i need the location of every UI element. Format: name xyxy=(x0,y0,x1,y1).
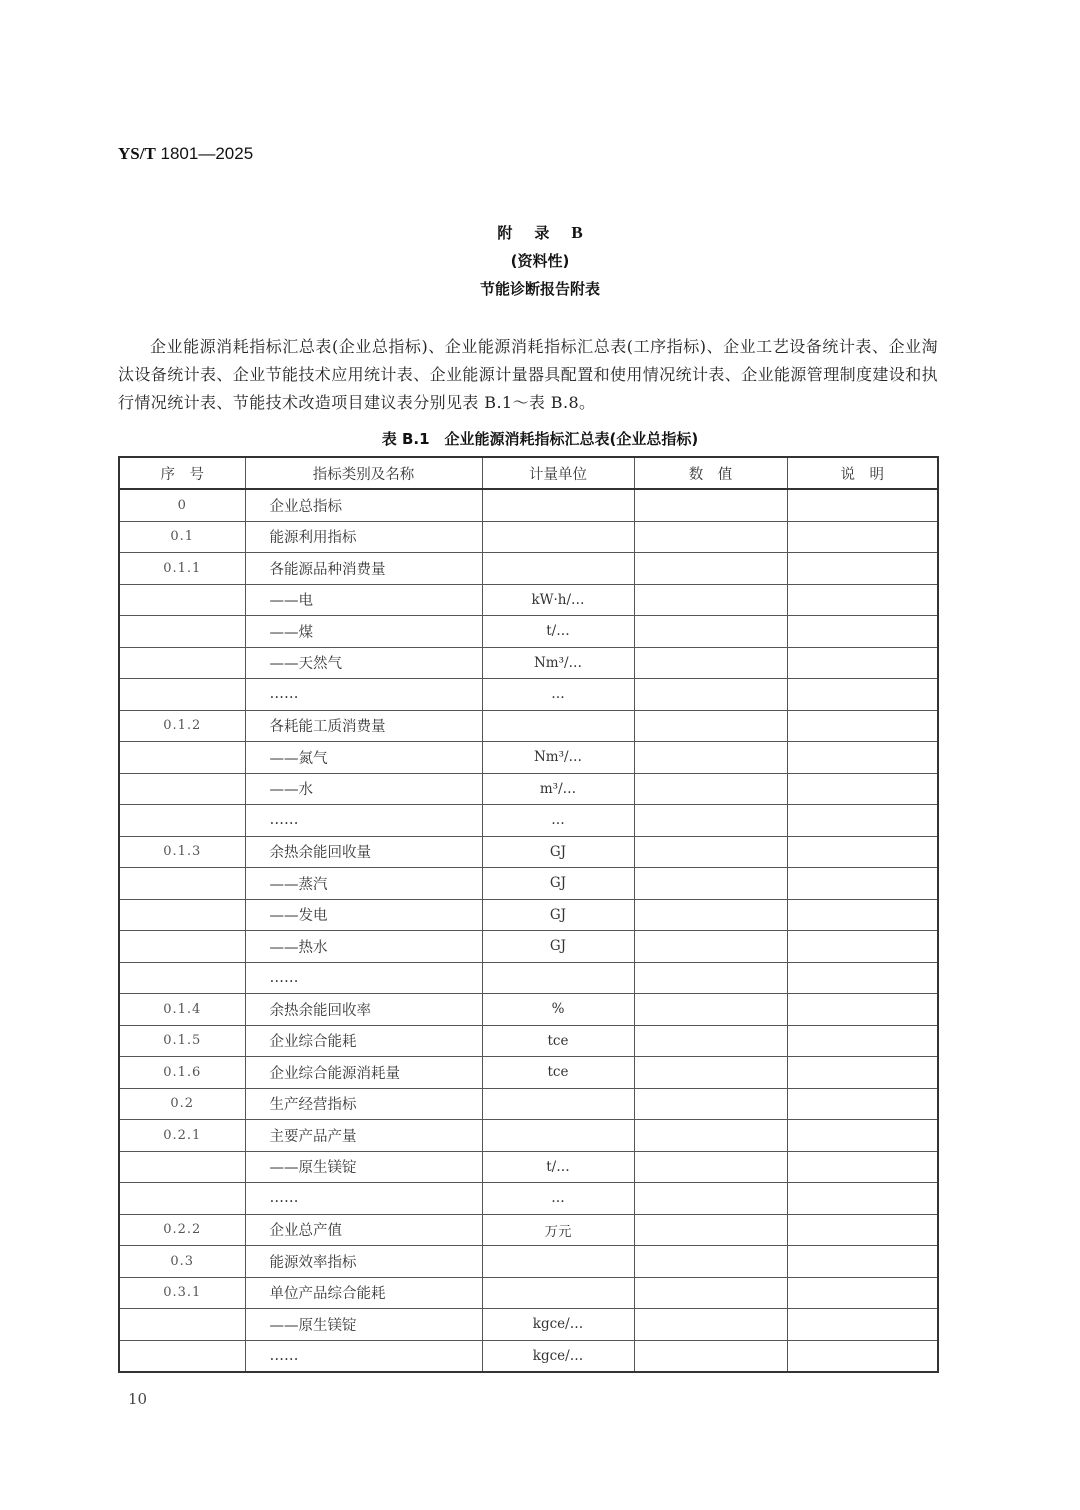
note-cell xyxy=(787,1025,938,1057)
indicator-name-cell: 各耗能工质消费量 xyxy=(245,710,482,742)
table-row: ——煤t/… xyxy=(119,616,938,648)
indicator-name-cell: ——原生镁锭 xyxy=(245,1151,482,1183)
row-number-cell xyxy=(119,584,245,616)
note-cell xyxy=(787,647,938,679)
value-cell xyxy=(634,773,787,805)
value-cell xyxy=(634,616,787,648)
row-number-cell: 0.1.6 xyxy=(119,1057,245,1089)
indicator-name-cell: 企业总产值 xyxy=(245,1214,482,1246)
unit-cell: t/… xyxy=(482,616,634,648)
indicator-name-cell: 企业综合能耗 xyxy=(245,1025,482,1057)
note-cell xyxy=(787,1183,938,1215)
note-cell xyxy=(787,489,938,521)
table-row: 0.2.2企业总产值万元 xyxy=(119,1214,938,1246)
table-row: ——电kW·h/… xyxy=(119,584,938,616)
table-row: ——氮气Nm³/… xyxy=(119,742,938,774)
note-cell xyxy=(787,1088,938,1120)
unit-cell xyxy=(482,1277,634,1309)
value-cell xyxy=(634,553,787,585)
indicator-name-cell: 生产经营指标 xyxy=(245,1088,482,1120)
unit-cell: 万元 xyxy=(482,1214,634,1246)
table-header-row: 序 号 指标类别及名称 计量单位 数 值 说 明 xyxy=(119,457,938,489)
table-row: ……… xyxy=(119,679,938,711)
value-cell xyxy=(634,647,787,679)
row-number-cell xyxy=(119,962,245,994)
value-cell xyxy=(634,962,787,994)
table-row: ——蒸汽GJ xyxy=(119,868,938,900)
row-number-cell: 0.3.1 xyxy=(119,1277,245,1309)
standard-code: YS/T 1801—2025 xyxy=(118,144,253,164)
column-header-note: 说 明 xyxy=(787,457,938,489)
unit-cell: GJ xyxy=(482,868,634,900)
note-cell xyxy=(787,1120,938,1152)
indicator-name-cell: …… xyxy=(245,679,482,711)
value-cell xyxy=(634,1025,787,1057)
table-caption: 表 B.1 企业能源消耗指标汇总表(企业总指标) xyxy=(0,428,1080,449)
annex-label-part: 附 xyxy=(497,224,512,242)
row-number-cell: 0.1.2 xyxy=(119,710,245,742)
table-row: 0.3.1单位产品综合能耗 xyxy=(119,1277,938,1309)
column-header-value: 数 值 xyxy=(634,457,787,489)
unit-cell: tce xyxy=(482,1057,634,1089)
row-number-cell xyxy=(119,742,245,774)
unit-cell: m³/… xyxy=(482,773,634,805)
row-number-cell xyxy=(119,868,245,900)
value-cell xyxy=(634,1120,787,1152)
unit-cell: kW·h/… xyxy=(482,584,634,616)
table-row: 0.2生产经营指标 xyxy=(119,1088,938,1120)
table-row: 0.1.1各能源品种消费量 xyxy=(119,553,938,585)
table-row: 0.1.3余热余能回收量GJ xyxy=(119,836,938,868)
table-row: 0企业总指标 xyxy=(119,489,938,521)
note-cell xyxy=(787,773,938,805)
page-number: 10 xyxy=(128,1390,147,1408)
note-cell xyxy=(787,616,938,648)
table-row: 0.3能源效率指标 xyxy=(119,1246,938,1278)
row-number-cell xyxy=(119,899,245,931)
table-row: ……… xyxy=(119,1183,938,1215)
unit-cell xyxy=(482,1120,634,1152)
table-row: 0.1.6企业综合能源消耗量tce xyxy=(119,1057,938,1089)
note-cell xyxy=(787,994,938,1026)
note-cell xyxy=(787,962,938,994)
indicator-name-cell: 企业综合能源消耗量 xyxy=(245,1057,482,1089)
note-cell xyxy=(787,1151,938,1183)
row-number-cell xyxy=(119,647,245,679)
unit-cell: Nm³/… xyxy=(482,742,634,774)
row-number-cell: 0.2.1 xyxy=(119,1120,245,1152)
unit-cell: GJ xyxy=(482,836,634,868)
unit-cell: kgce/… xyxy=(482,1340,634,1372)
row-number-cell: 0.2.2 xyxy=(119,1214,245,1246)
value-cell xyxy=(634,489,787,521)
table-row: ……… xyxy=(119,805,938,837)
value-cell xyxy=(634,1214,787,1246)
row-number-cell xyxy=(119,616,245,648)
unit-cell: GJ xyxy=(482,931,634,963)
row-number-cell xyxy=(119,931,245,963)
value-cell xyxy=(634,521,787,553)
column-header-name: 指标类别及名称 xyxy=(245,457,482,489)
indicator-name-cell: ——热水 xyxy=(245,931,482,963)
note-cell xyxy=(787,836,938,868)
unit-cell xyxy=(482,521,634,553)
note-cell xyxy=(787,742,938,774)
note-cell xyxy=(787,899,938,931)
unit-cell: kgce/… xyxy=(482,1309,634,1341)
note-cell xyxy=(787,1340,938,1372)
note-cell xyxy=(787,805,938,837)
row-number-cell: 0.1 xyxy=(119,521,245,553)
value-cell xyxy=(634,1057,787,1089)
row-number-cell xyxy=(119,679,245,711)
value-cell xyxy=(634,1183,787,1215)
value-cell xyxy=(634,1277,787,1309)
value-cell xyxy=(634,1088,787,1120)
unit-cell xyxy=(482,710,634,742)
unit-cell: Nm³/… xyxy=(482,647,634,679)
value-cell xyxy=(634,1340,787,1372)
indicator-name-cell: 单位产品综合能耗 xyxy=(245,1277,482,1309)
value-cell xyxy=(634,899,787,931)
table-row: ——发电GJ xyxy=(119,899,938,931)
unit-cell xyxy=(482,489,634,521)
value-cell xyxy=(634,1246,787,1278)
row-number-cell: 0.1.3 xyxy=(119,836,245,868)
row-number-cell xyxy=(119,773,245,805)
table-row: 0.1.2各耗能工质消费量 xyxy=(119,710,938,742)
intro-paragraph: 企业能源消耗指标汇总表(企业总指标)、企业能源消耗指标汇总表(工序指标)、企业工… xyxy=(118,333,938,417)
indicator-name-cell: ——水 xyxy=(245,773,482,805)
indicator-name-cell: 各能源品种消费量 xyxy=(245,553,482,585)
note-cell xyxy=(787,679,938,711)
unit-cell: GJ xyxy=(482,899,634,931)
indicator-name-cell: ——原生镁锭 xyxy=(245,1309,482,1341)
column-header-unit: 计量单位 xyxy=(482,457,634,489)
table-row: ——热水GJ xyxy=(119,931,938,963)
table-row: ——水m³/… xyxy=(119,773,938,805)
note-cell xyxy=(787,1214,938,1246)
indicator-name-cell: 能源利用指标 xyxy=(245,521,482,553)
note-cell xyxy=(787,521,938,553)
annex-letter: B xyxy=(571,223,582,242)
value-cell xyxy=(634,836,787,868)
value-cell xyxy=(634,584,787,616)
row-number-cell: 0.1.1 xyxy=(119,553,245,585)
annex-name: 节能诊断报告附表 xyxy=(0,278,1080,299)
table-row: …… xyxy=(119,962,938,994)
annex-label-part: 录 xyxy=(534,224,549,242)
indicator-name-cell: ——电 xyxy=(245,584,482,616)
value-cell xyxy=(634,679,787,711)
annex-type: (资料性) xyxy=(0,250,1080,271)
note-cell xyxy=(787,1277,938,1309)
unit-cell: … xyxy=(482,805,634,837)
standard-code-number: 1801—2025 xyxy=(156,144,253,163)
row-number-cell: 0 xyxy=(119,489,245,521)
table-row: 0.1.4余热余能回收率% xyxy=(119,994,938,1026)
table-row: 0.1能源利用指标 xyxy=(119,521,938,553)
indicator-name-cell: ——天然气 xyxy=(245,647,482,679)
indicator-name-cell: 主要产品产量 xyxy=(245,1120,482,1152)
indicator-name-cell: ——煤 xyxy=(245,616,482,648)
annex-title: 附录B xyxy=(0,222,1080,243)
row-number-cell xyxy=(119,805,245,837)
table-row: ——原生镁锭kgce/… xyxy=(119,1309,938,1341)
indicator-name-cell: …… xyxy=(245,962,482,994)
indicator-name-cell: 余热余能回收率 xyxy=(245,994,482,1026)
column-header-no: 序 号 xyxy=(119,457,245,489)
unit-cell xyxy=(482,1088,634,1120)
unit-cell: % xyxy=(482,994,634,1026)
note-cell xyxy=(787,553,938,585)
note-cell xyxy=(787,710,938,742)
note-cell xyxy=(787,584,938,616)
indicator-name-cell: 企业总指标 xyxy=(245,489,482,521)
value-cell xyxy=(634,1151,787,1183)
note-cell xyxy=(787,931,938,963)
table-row: 0.2.1主要产品产量 xyxy=(119,1120,938,1152)
indicator-name-cell: …… xyxy=(245,805,482,837)
unit-cell: t/… xyxy=(482,1151,634,1183)
energy-indicator-table: 序 号 指标类别及名称 计量单位 数 值 说 明 0企业总指标0.1能源利用指标… xyxy=(118,456,939,1373)
value-cell xyxy=(634,931,787,963)
note-cell xyxy=(787,1057,938,1089)
value-cell xyxy=(634,994,787,1026)
indicator-name-cell: ——发电 xyxy=(245,899,482,931)
unit-cell: … xyxy=(482,679,634,711)
indicator-name-cell: …… xyxy=(245,1183,482,1215)
value-cell xyxy=(634,805,787,837)
row-number-cell xyxy=(119,1183,245,1215)
value-cell xyxy=(634,868,787,900)
standard-code-prefix: YS/T xyxy=(118,144,156,163)
row-number-cell: 0.1.4 xyxy=(119,994,245,1026)
unit-cell: … xyxy=(482,1183,634,1215)
note-cell xyxy=(787,1246,938,1278)
unit-cell xyxy=(482,962,634,994)
note-cell xyxy=(787,1309,938,1341)
note-cell xyxy=(787,868,938,900)
value-cell xyxy=(634,742,787,774)
table-row: ——原生镁锭t/… xyxy=(119,1151,938,1183)
row-number-cell xyxy=(119,1340,245,1372)
row-number-cell: 0.3 xyxy=(119,1246,245,1278)
table-row: 0.1.5企业综合能耗tce xyxy=(119,1025,938,1057)
row-number-cell xyxy=(119,1309,245,1341)
row-number-cell xyxy=(119,1151,245,1183)
unit-cell xyxy=(482,1246,634,1278)
indicator-name-cell: ——蒸汽 xyxy=(245,868,482,900)
indicator-name-cell: 能源效率指标 xyxy=(245,1246,482,1278)
row-number-cell: 0.1.5 xyxy=(119,1025,245,1057)
value-cell xyxy=(634,710,787,742)
indicator-name-cell: …… xyxy=(245,1340,482,1372)
unit-cell xyxy=(482,553,634,585)
table-row: ——天然气Nm³/… xyxy=(119,647,938,679)
indicator-name-cell: 余热余能回收量 xyxy=(245,836,482,868)
unit-cell: tce xyxy=(482,1025,634,1057)
value-cell xyxy=(634,1309,787,1341)
table-row: ……kgce/… xyxy=(119,1340,938,1372)
indicator-name-cell: ——氮气 xyxy=(245,742,482,774)
row-number-cell: 0.2 xyxy=(119,1088,245,1120)
